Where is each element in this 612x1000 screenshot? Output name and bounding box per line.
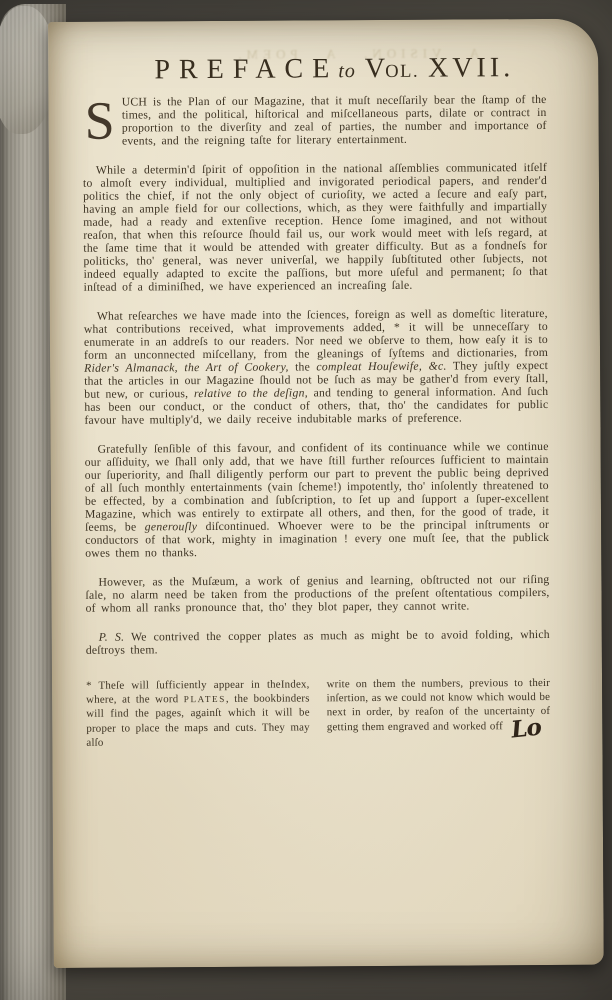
text-run: UCH is the Plan of our Magazine, that it… — [122, 93, 547, 148]
footnote-column-left: * Theſe will ſufficiently appear in theI… — [86, 677, 310, 749]
paragraph: P. S. We contrived the copper plates as … — [86, 628, 550, 657]
smallcaps-text-run: PLATES — [184, 694, 226, 704]
book-page: A VISION. A POEM. PREFACEtoVOL.XVII. SUC… — [48, 19, 604, 968]
text-run: What reſearches we have made into the ſc… — [84, 307, 548, 362]
paragraph: However, as the Muſæum, a work of genius… — [85, 573, 549, 615]
text-run: However, as the Muſæum, a work of genius… — [85, 573, 549, 615]
page-content: PREFACEtoVOL.XVII. SUCH is the Plan of o… — [82, 61, 550, 750]
drop-cap: S — [82, 96, 122, 143]
paragraph: While a determin'd ſpirit of oppoſition … — [83, 161, 548, 294]
footnote: * Theſe will ſufficiently appear in theI… — [86, 676, 550, 750]
title-volume-initial: V — [365, 53, 386, 84]
preface-body: SUCH is the Plan of our Magazine, that i… — [82, 93, 549, 657]
text-run: While a determin'd ſpirit of oppoſition … — [83, 161, 548, 294]
paragraph: SUCH is the Plan of our Magazine, that i… — [82, 93, 546, 148]
italic-text-run: Rider's Almanack, the Art of Cookery, — [84, 361, 289, 375]
paragraph: Gratefully ſenſible of this favour, and … — [85, 440, 550, 560]
italic-text-run: relative to the deſign, — [194, 386, 308, 400]
title-word-preface: PREFACE — [154, 53, 338, 85]
title-volume-rest: OL. — [385, 62, 419, 82]
italic-text-run: compleat Houſewife, &c. — [316, 360, 446, 374]
text-run: We contrived the copper plates as much a… — [86, 628, 550, 657]
title-volume-number: XVII. — [428, 52, 514, 84]
photo-backdrop: A VISION. A POEM. PREFACEtoVOL.XVII. SUC… — [0, 0, 612, 1000]
footnote-column-right: write on them the numbers, previous to t… — [327, 676, 551, 748]
page-title: PREFACEtoVOL.XVII. — [102, 61, 566, 81]
title-word-to: to — [338, 60, 356, 82]
italic-text-run: generouſly — [145, 520, 198, 533]
text-run: the — [289, 360, 317, 373]
italic-text-run: P. S. — [99, 631, 125, 644]
handwritten-mark: Lo — [510, 720, 541, 737]
paragraph: What reſearches we have made into the ſc… — [84, 307, 549, 427]
